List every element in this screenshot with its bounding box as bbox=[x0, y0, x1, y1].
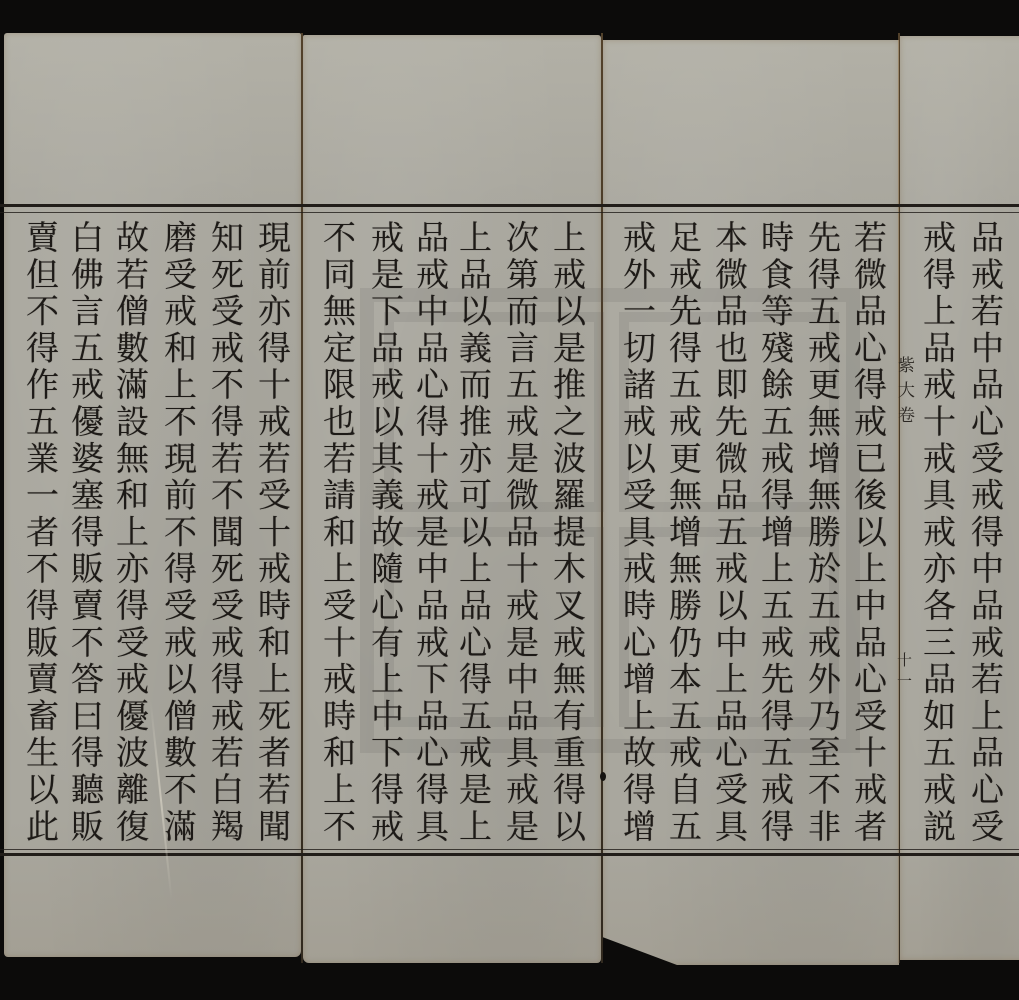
text-column: 時食等殘餘五戒得增上五戒先得五戒得 bbox=[758, 220, 792, 850]
frame-top-rule-thin bbox=[0, 212, 1019, 213]
scanned-book-spread: 品戒若中品心受戒得中品戒若上品心受 戒得上品戒十戒具戒亦各三品如五戒説 紫大卷 … bbox=[0, 0, 1019, 1000]
block-center-label: 紫大卷 bbox=[895, 356, 913, 431]
text-column: 品戒若中品心受戒得中品戒若上品心受 bbox=[968, 220, 1002, 850]
frame-bottom-rule-thick bbox=[0, 853, 1019, 856]
text-column: 上品以義而推亦可以上品心得五戒是上 bbox=[456, 220, 490, 850]
text-column: 上戒以是推之波羅提木叉戒無有重得以 bbox=[550, 220, 584, 850]
text-column: 足戒先得五戒更無增無勝仍本五戒自五 bbox=[666, 220, 700, 850]
text-column: 品戒中品心得十戒是中品戒下品心得具 bbox=[413, 220, 447, 850]
frame-top-rule-thick bbox=[0, 204, 1019, 207]
text-column: 知死受戒不得若不聞死受戒得戒若白羯 bbox=[208, 220, 242, 850]
text-column: 戒得上品戒十戒具戒亦各三品如五戒説 bbox=[920, 220, 954, 850]
fold-seam bbox=[301, 33, 303, 963]
text-column: 現前亦得十戒若受十戒時和上死者若聞 bbox=[255, 220, 289, 850]
text-column: 賣但不得作五業一者不得販賣畜生以此 bbox=[23, 220, 57, 850]
text-column: 白佛言五戒優婆塞得販賣不答曰得聽販 bbox=[68, 220, 102, 850]
worm-hole bbox=[600, 772, 606, 781]
text-column: 本微品也即先微品五戒以中上品心受具 bbox=[712, 220, 746, 850]
text-column: 戒是下品戒以其義故隨心有上中下得戒 bbox=[368, 220, 402, 850]
page-number: 十一 bbox=[896, 652, 912, 694]
text-column: 磨受戒和上不現前不得受戒以僧數不滿 bbox=[161, 220, 195, 850]
text-column: 先得五戒更無增無勝於五戒外乃至不非 bbox=[805, 220, 839, 850]
fold-seam bbox=[898, 33, 900, 963]
text-column: 戒外一切諸戒以受具戒時心增上故得增 bbox=[620, 220, 654, 850]
text-column: 不同無定限也若請和上受十戒時和上不 bbox=[320, 220, 354, 850]
text-column: 故若僧數滿設無和上亦得受戒優波離復 bbox=[113, 220, 147, 850]
text-column: 若微品心得戒已後以上中品心受十戒者 bbox=[851, 220, 885, 850]
text-column: 次第而言五戒是微品十戒是中品具戒是 bbox=[503, 220, 537, 850]
